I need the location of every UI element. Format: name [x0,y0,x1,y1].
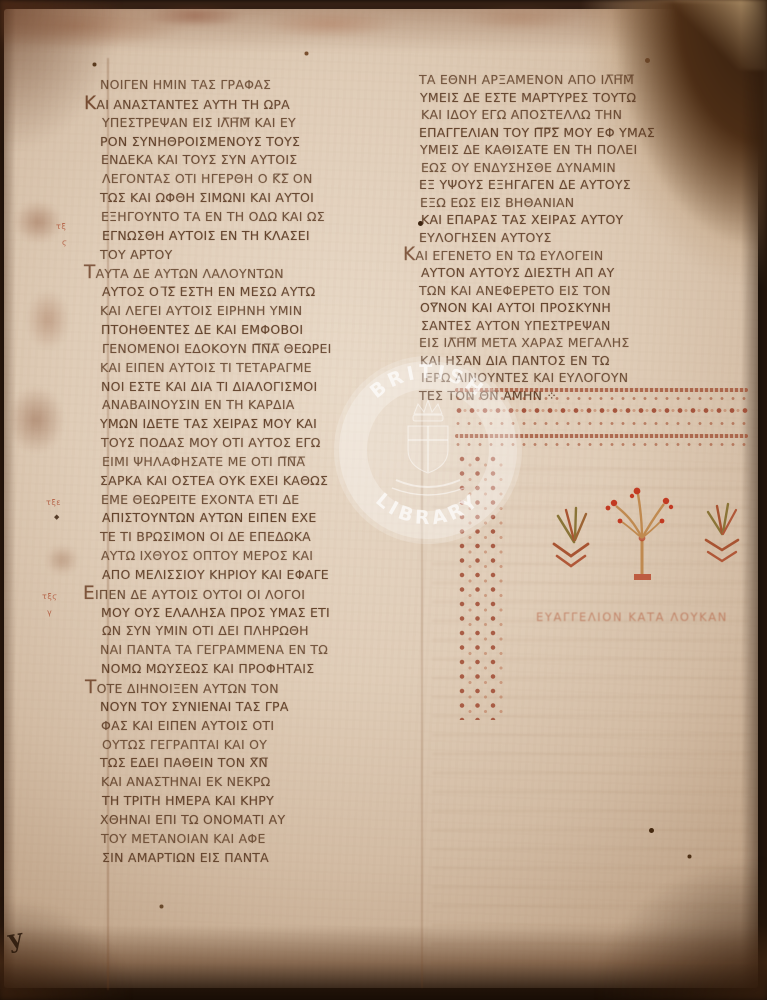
manuscript-line: ΠΤΟΗΘΕΝΤΕΣ ΔΕ ΚΑΙ ΕΜΦΟΒΟΙ [101,321,406,340]
manuscript-line: ΕΙΣ ΙΛ̅Η̅Μ̅ ΜΕΤΑ ΧΑΡΑΣ ΜΕΓΑΛΗΣ [419,334,755,352]
manuscript-line: ΦΑΣ ΚΑΙ ΕΙΠΕΝ ΑΥΤΟΙΣ ΟΤΙ [101,717,406,736]
flowering-plant-ornament [606,488,674,580]
manuscript-line: ΤΟΥ ΜΕΤΑΝΟΙΑΝ ΚΑΙ ΑΦΕ [101,830,406,849]
manuscript-line: ΥΜΕΙΣ ΔΕ ΚΑΘΙΣΑΤΕ ΕΝ ΤΗ ΠΟΛΕΙ [420,141,755,159]
manuscript-line: ΣΑΝΤΕΣ ΑΥΤΟΝ ΥΠΕΣΤΡΕΨΑΝ [421,317,755,335]
marginal-mark: γ [47,608,52,617]
manuscript-line: ΝΟΜΩ ΜΩΥΣΕΩΣ ΚΑΙ ΠΡΟΦΗΤΑΙΣ [101,660,406,679]
manuscript-line: ΚΑΙ ΛΕΓΕΙ ΑΥΤΟΙΣ ΕΙΡΗΝΗ ΥΜΙΝ [100,302,406,321]
plant-ornaments [538,482,750,594]
manuscript-line: ΝΑΙ ΠΑΝΤΑ ΤΑ ΓΕΓΡΑΜΜΕΝΑ ΕΝ ΤΩ [100,641,406,660]
left-sprig-ornament [554,508,588,566]
manuscript-line: ΚΑΙ ΑΝΑΣΤΑΝΤΕΣ ΑΥΤΗ ΤΗ ΩΡΑ [101,95,406,114]
manuscript-line: ΕΠΑΓΓΕΛΙΑΝ ΤΟΥ Π̅Ρ̅Σ̅ ΜΟΥ ΕΦ ΥΜΑΣ [419,124,755,142]
manuscript-line: ΛΕΓΟΝΤΑΣ ΟΤΙ ΗΓΕΡΘΗ Ο Κ̅Σ̅ ΟΝ [102,170,406,189]
manuscript-line: ΚΑΙ ΙΔΟΥ ΕΓΩ ΑΠΟΣΤΕΛΛΩ ΤΗΝ [421,106,755,124]
manuscript-line: ΩΝ ΣΥΝ ΥΜΙΝ ΟΤΙ ΔΕΙ ΠΛΗΡΩΘΗ [102,622,406,641]
manuscript-line: ΕΓΝΩΣΘΗ ΑΥΤΟΙΣ ΕΝ ΤΗ ΚΛΑΣΕΙ [102,227,406,246]
manuscript-line: ΕΝΔΕΚΑ ΚΑΙ ΤΟΥΣ ΣΥΝ ΑΥΤΟΙΣ [101,151,406,170]
manuscript-line: ΚΑΙ ΑΝΑΣΤΗΝΑΙ ΕΚ ΝΕΚΡΩ [101,773,406,792]
manuscript-line: ΜΟΥ ΟΥΣ ΕΛΑΛΗΣΑ ΠΡΟΣ ΥΜΑΣ ΕΤΙ [101,604,406,623]
manuscript-line: ΕΥΛΟΓΗΣΕΝ ΑΥΤΟΥΣ [419,229,755,247]
marginal-mark: ϛ [62,238,67,247]
marginal-mark: τξε [46,498,61,507]
manuscript-line: ΥΠΕΣΤΡΕΨΑΝ ΕΙΣ ΙΛ̅Η̅Μ̅ ΚΑΙ ΕΥ [102,114,406,133]
manuscript-line: ΕΞΗΓΟΥΝΤΟ ΤΑ ΕΝ ΤΗ ΟΔΩ ΚΑΙ ΩΣ [101,208,406,227]
manuscript-line: ΟΥ̅ΝΟΝ ΚΑΙ ΑΥΤΟΙ ΠΡΟΣΚΥΝΗ [420,299,755,317]
right-sprig-ornament [706,504,738,561]
manuscript-line: ΑΥΤΟΝ ΑΥΤΟΥΣ ΔΙΕΣΤΗ ΑΠ ΑΥ [421,264,755,282]
marginal-mark: τξϛ [42,592,57,601]
manuscript-line: ΡΟΝ ΣΥΝΗΘΡΟΙΣΜΕΝΟΥΣ ΤΟΥΣ [100,133,406,152]
manuscript-line: ΑΥΤΩ ΙΧΘΥΟΣ ΟΠΤΟΥ ΜΕΡΟΣ ΚΑΙ [101,547,406,566]
manuscript-line: ΤΩΣ ΚΑΙ ΩΦΘΗ ΣΙΜΩΝΙ ΚΑΙ ΑΥΤΟΙ [100,189,406,208]
manuscript-line: ΤΩΣ ΕΔΕΙ ΠΑΘΕΙΝ ΤΟΝ Χ̅Ν̅ [100,754,406,773]
manuscript-line: ΚΑΙ ΕΠΑΡΑΣ ΤΑΣ ΧΕΙΡΑΣ ΑΥΤΟΥ [421,211,755,229]
marginal-mark: τξ [56,222,66,231]
manuscript-line: ΕΞΩ ΕΩΣ ΕΙΣ ΒΗΘΑΝΙΑΝ [420,194,755,212]
manuscript-line: ΤΟΥ ΑΡΤΟΥ [100,246,406,265]
manuscript-line: ΕΩΣ ΟΥ ΕΝΔΥΣΗΣΘΕ ΔΥΝΑΜΙΝ [421,159,755,177]
manuscript-line: ΧΘΗΝΑΙ ΕΠΙ ΤΩ ΟΝΟΜΑΤΙ ΑΥ [100,811,406,830]
manuscript-line: ΤΩΝ ΚΑΙ ΑΝΕΦΕΡΕΤΟ ΕΙΣ ΤΟΝ [419,282,755,300]
manuscript-line: ΚΑΙ ΕΓΕΝΕΤΟ ΕΝ ΤΩ ΕΥΛΟΓΕΙΝ [420,246,755,264]
british-library-watermark: BRITISH LIBRARY [330,352,526,548]
manuscript-line: ΑΠΟ ΜΕΛΙΣΣΙΟΥ ΚΗΡΙΟΥ ΚΑΙ ΕΦΑΓΕ [102,566,406,585]
manuscript-line: ΝΟΙΓΕΝ ΗΜΙΝ ΤΑΣ ΓΡΑΦΑΣ [100,76,406,95]
manuscript-line: ΤΗ ΤΡΙΤΗ ΗΜΕΡΑ ΚΑΙ ΚΗΡΥ [102,792,406,811]
manuscript-line: ΤΟΤΕ ΔΙΗΝΟΙΞΕΝ ΑΥΤΩΝ ΤΟΝ [102,679,406,698]
manuscript-photo: ΝΟΙΓΕΝ ΗΜΙΝ ΤΑΣ ΓΡΑΦΑΣΚΑΙ ΑΝΑΣΤΑΝΤΕΣ ΑΥΤ… [0,0,767,1000]
manuscript-line: ΤΑ ΕΘΝΗ ΑΡΞΑΜΕΝΟΝ ΑΠΟ ΙΛ̅Η̅Μ̅ [419,71,755,89]
manuscript-line: ΕΙΠΕΝ ΔΕ ΑΥΤΟΙΣ ΟΥΤΟΙ ΟΙ ΛΟΓΟΙ [100,585,406,604]
manuscript-line: ΟΥΤΩΣ ΓΕΓΡΑΠΤΑΙ ΚΑΙ ΟΥ [102,736,406,755]
manuscript-line: ΕΞ ΥΨΟΥΣ ΕΞΗΓΑΓΕΝ ΔΕ ΑΥΤΟΥΣ [419,176,755,194]
manuscript-line: ΥΜΕΙΣ ΔΕ ΕΣΤΕ ΜΑΡΤΥΡΕΣ ΤΟΥΤΩ [420,89,755,107]
book-subscription: ΕΥΑΓΓΕΛΙΟΝ ΚΑΤΑ ΛΟΥΚΑΝ [536,610,751,624]
manuscript-line: ΝΟΥΝ ΤΟΥ ΣΥΝΙΕΝΑΙ ΤΑΣ ΓΡΑ [100,698,406,717]
manuscript-line: ΣΙΝ ΑΜΑΡΤΙΩΝ ΕΙΣ ΠΑΝΤΑ [102,849,406,868]
manuscript-line: ΤΑΥΤΑ ΔΕ ΑΥΤΩΝ ΛΑΛΟΥΝΤΩΝ [101,264,406,283]
manuscript-line: ΑΥΤΟΣ Ο Ι̅Σ̅ ΕΣΤΗ ΕΝ ΜΕΣΩ ΑΥΤΩ [102,283,406,302]
marginal-mark: ◆ [54,513,60,521]
ink-specks [0,0,3,3]
